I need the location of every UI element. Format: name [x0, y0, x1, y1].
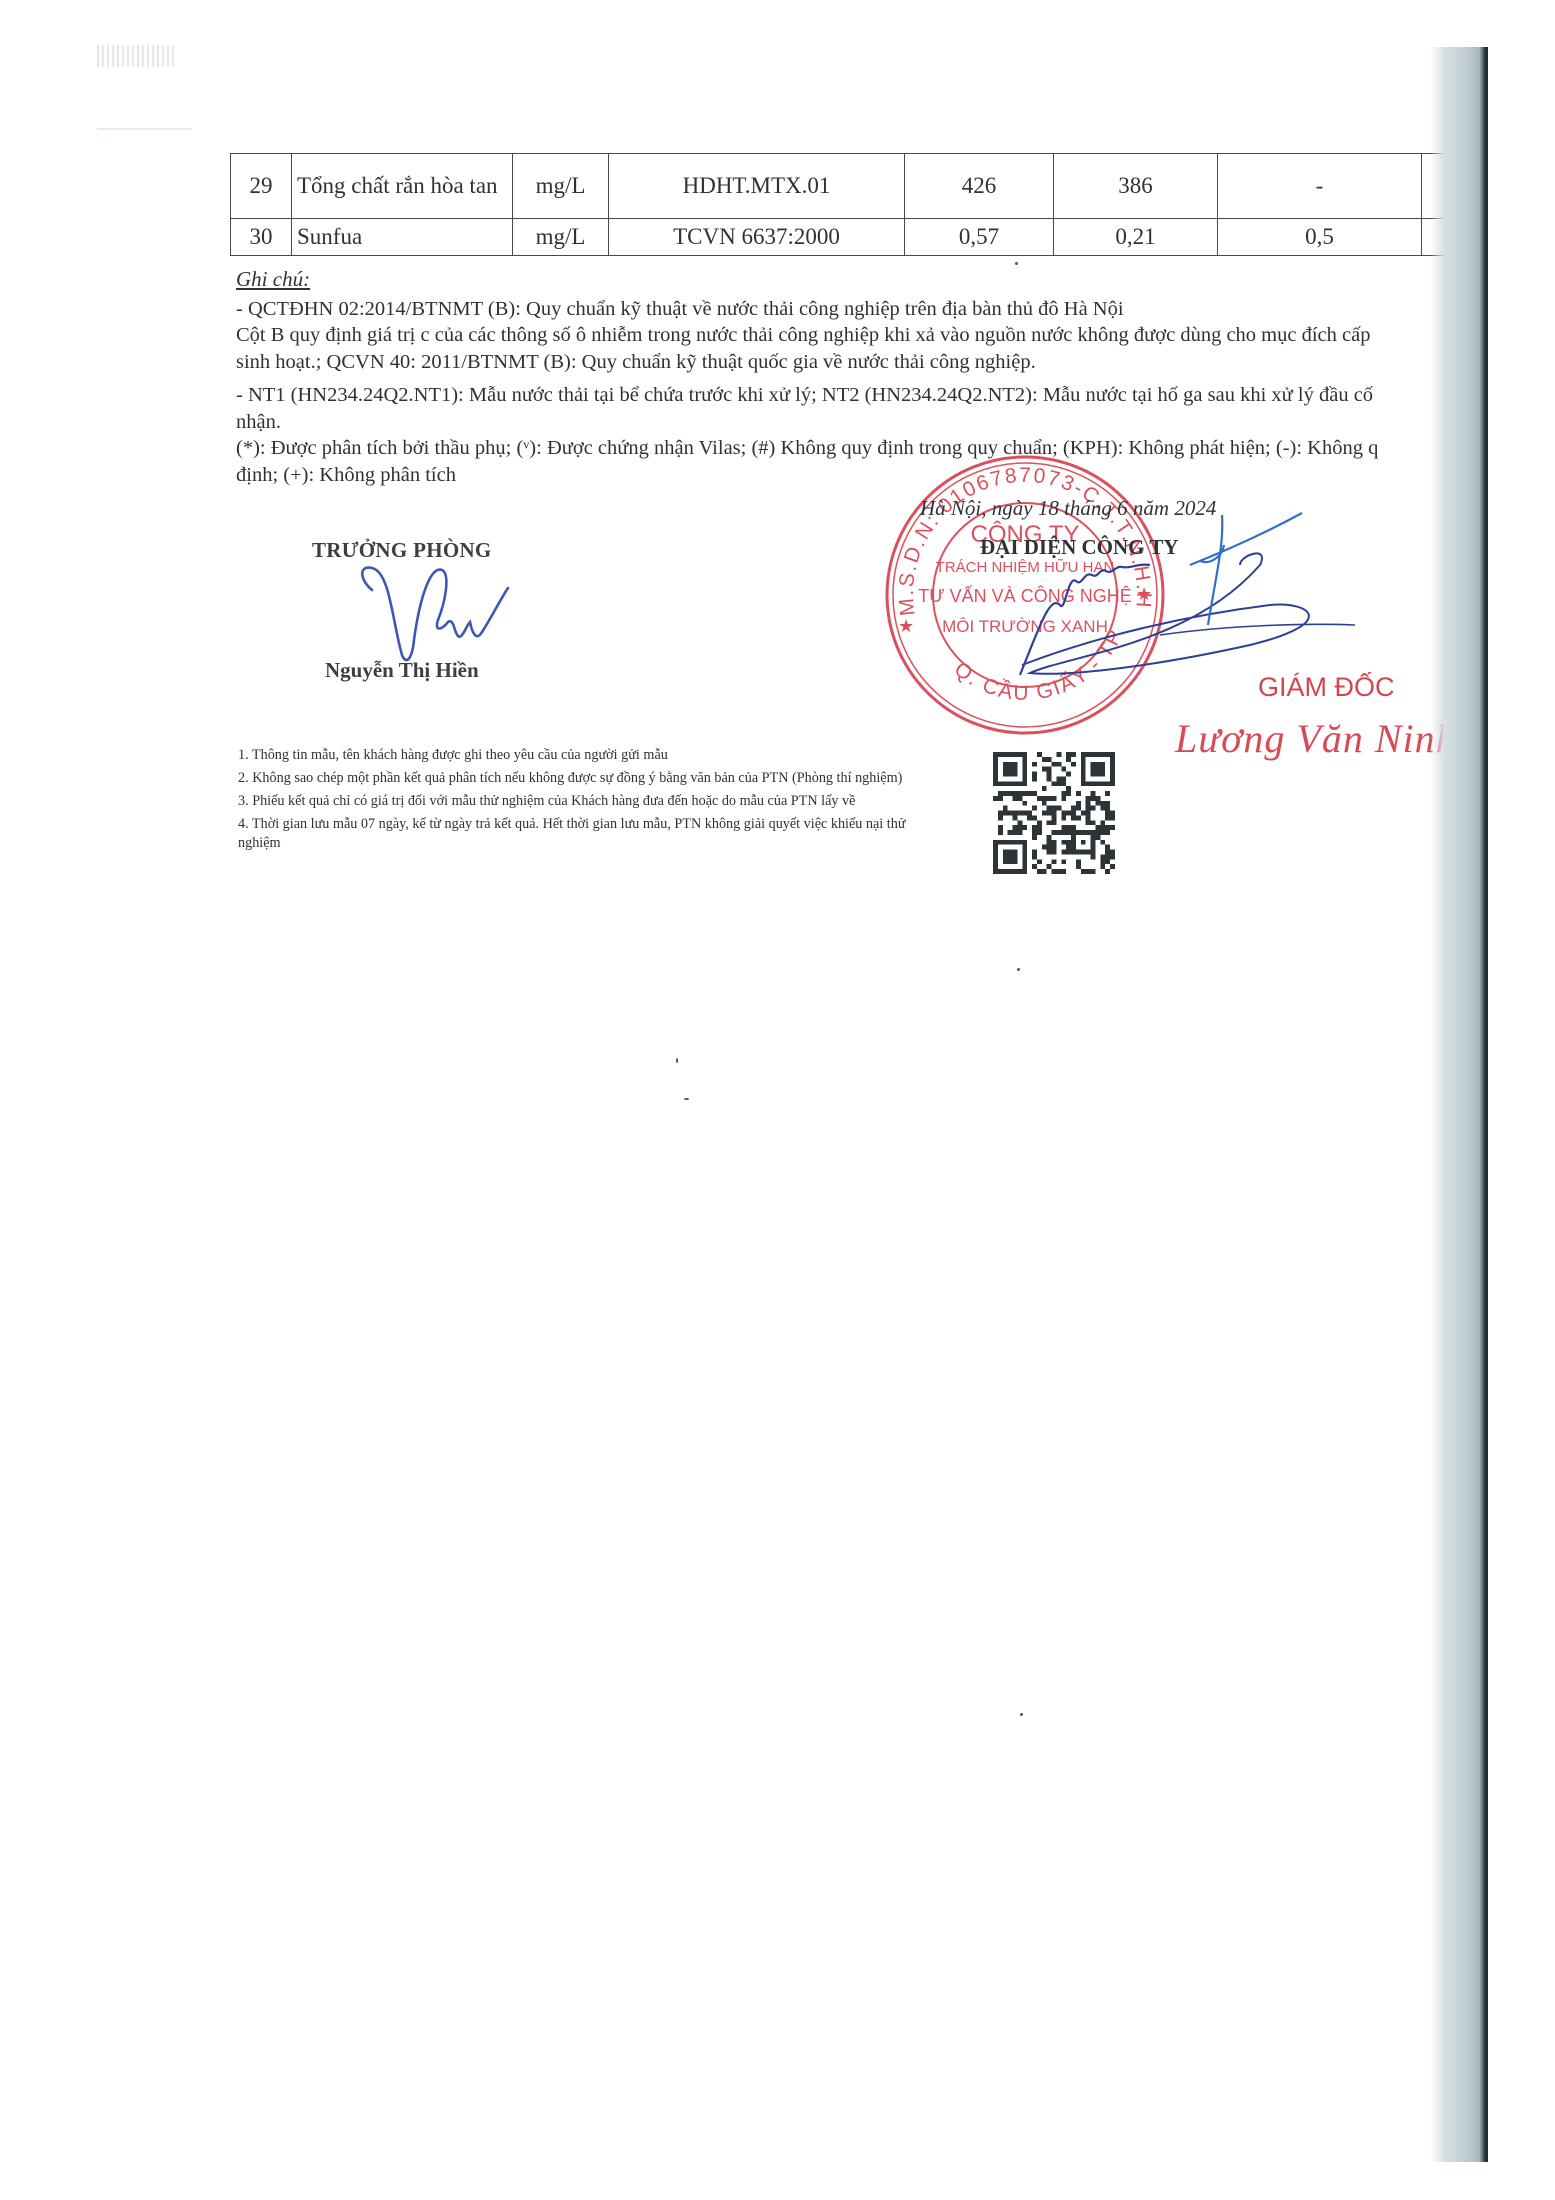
scan-speck [1015, 262, 1018, 265]
notes-section: Ghi chú: - QCTĐHN 02:2014/BTNMT (B): Quy… [236, 266, 1496, 488]
unit: mg/L [513, 154, 609, 219]
note-line: định; (+): Không phân tích [236, 462, 1496, 489]
director-name: Lương Văn Ninh [1175, 715, 1457, 762]
parameter-name: Sunfua [292, 219, 513, 256]
limit-value: - [1218, 154, 1422, 219]
note-line: - QCTĐHN 02:2014/BTNMT (B): Quy chuẩn kỹ… [236, 296, 1496, 323]
scan-margin [1488, 0, 1555, 2200]
director-title: GIÁM ĐỐC [1258, 672, 1395, 703]
scan-artifact [97, 45, 177, 67]
page-edge-shadow [1430, 47, 1488, 2162]
table-row: 30 Sunfua mg/L TCVN 6637:2000 0,57 0,21 … [231, 219, 1485, 256]
svg-text:★: ★ [898, 616, 914, 636]
department-head-name: Nguyễn Thị Hiền [325, 658, 479, 683]
result-nt2: 0,21 [1054, 219, 1218, 256]
row-number: 29 [231, 154, 292, 219]
scan-speck [676, 1058, 678, 1063]
scan-artifact-line [97, 128, 192, 130]
scan-speck [1017, 968, 1020, 971]
footnote: 2. Không sao chép một phần kết quả phân … [238, 769, 918, 788]
department-head-signature-icon [350, 560, 520, 670]
note-line: sinh hoạt.; QCVN 40: 2011/BTNMT (B): Quy… [236, 349, 1496, 376]
table-row: 29 Tổng chất rắn hòa tan mg/L HDHT.MTX.0… [231, 154, 1485, 219]
note-line: (*): Được phân tích bởi thầu phụ; (ᵛ): Đ… [236, 435, 1496, 462]
result-nt2: 386 [1054, 154, 1218, 219]
notes-heading: Ghi chú: [236, 266, 1496, 293]
row-number: 30 [231, 219, 292, 256]
unit: mg/L [513, 219, 609, 256]
parameter-name: Tổng chất rắn hòa tan [292, 154, 513, 219]
footnote: 4. Thời gian lưu mẫu 07 ngày, kể từ ngày… [238, 815, 918, 853]
scan-speck [684, 1098, 689, 1100]
method: HDHT.MTX.01 [609, 154, 905, 219]
scan-speck [1020, 1713, 1023, 1716]
limit-value: 0,5 [1218, 219, 1422, 256]
method: TCVN 6637:2000 [609, 219, 905, 256]
result-nt1: 0,57 [905, 219, 1054, 256]
note-line: nhận. [236, 409, 1496, 436]
footnote: 1. Thông tin mẫu, tên khách hàng được gh… [238, 746, 918, 765]
footnote: 3. Phiếu kết quả chỉ có giá trị đối với … [238, 792, 918, 811]
note-line: - NT1 (HN234.24Q2.NT1): Mẫu nước thải tạ… [236, 382, 1496, 409]
result-nt1: 426 [905, 154, 1054, 219]
note-line: Cột B quy định giá trị c của các thông s… [236, 322, 1496, 349]
results-table: 29 Tổng chất rắn hòa tan mg/L HDHT.MTX.0… [230, 153, 1484, 256]
qr-code-icon [993, 752, 1115, 874]
footnotes: 1. Thông tin mẫu, tên khách hàng được gh… [238, 746, 918, 857]
